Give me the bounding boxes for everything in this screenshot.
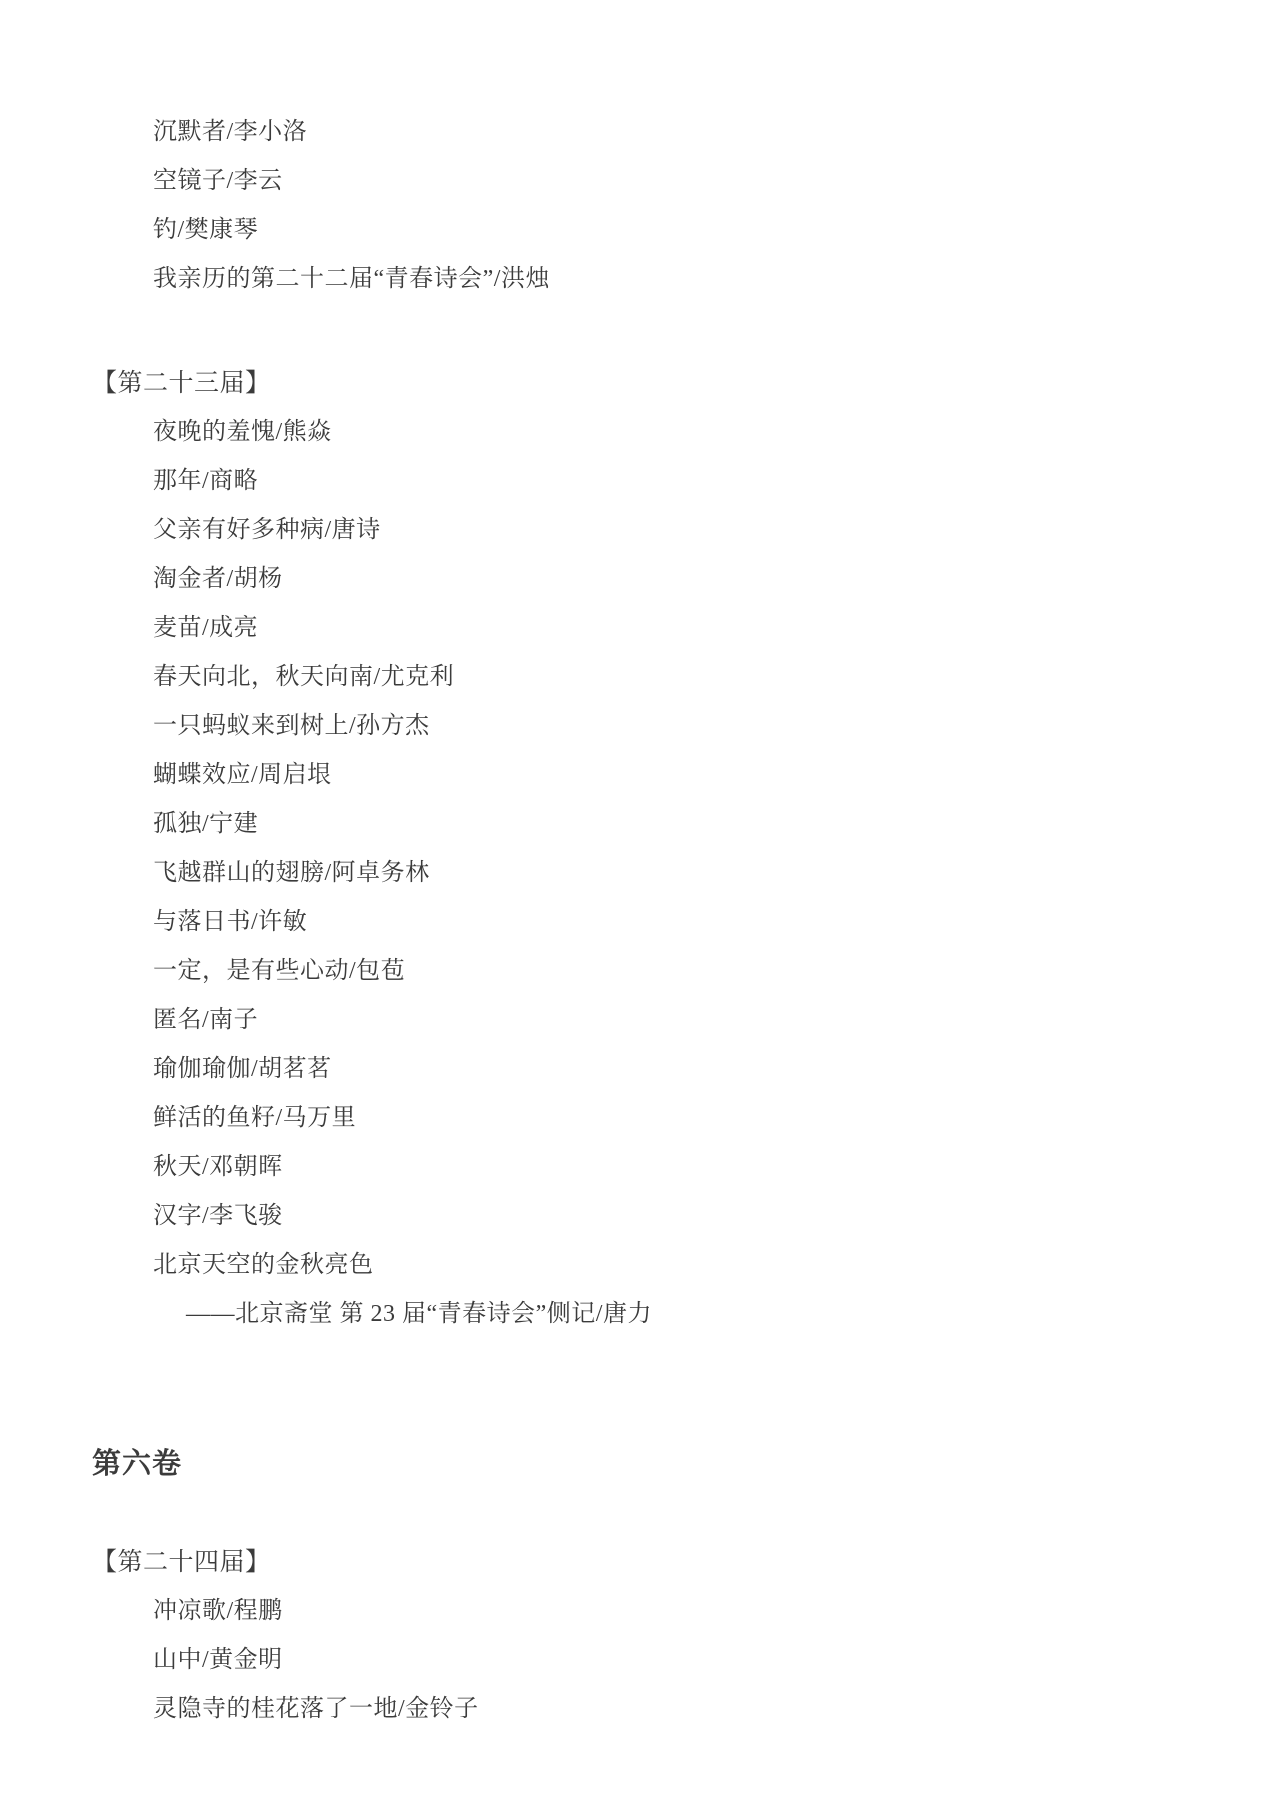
toc-entry: 北京天空的金秋亮色 — [92, 1241, 1190, 1290]
toc-entry: 蝴蝶效应/周启垠 — [92, 751, 1190, 800]
volume-heading: 第六卷 — [92, 1439, 1190, 1489]
toc-entry: 空镜子/李云 — [92, 157, 1190, 206]
toc-entry: 麦苗/成亮 — [92, 604, 1190, 653]
toc-entry: 淘金者/胡杨 — [92, 555, 1190, 604]
toc-entry: 我亲历的第二十二届“青春诗会”/洪烛 — [92, 255, 1190, 304]
toc-entry: 飞越群山的翅膀/阿卓务林 — [92, 849, 1190, 898]
toc-entry: 鲜活的鱼籽/马万里 — [92, 1094, 1190, 1143]
toc-entry-note: ——北京斋堂 第 23 届“青春诗会”侧记/唐力 — [92, 1290, 1190, 1339]
toc-entry: 夜晚的羞愧/熊焱 — [92, 408, 1190, 457]
toc-entry: 那年/商略 — [92, 457, 1190, 506]
toc-entry: 匿名/南子 — [92, 996, 1190, 1045]
section-header: 【第二十四届】 — [92, 1538, 1190, 1587]
toc-block-list: 沉默者/李小洛空镜子/李云钓/樊康琴我亲历的第二十二届“青春诗会”/洪烛【第二十… — [92, 108, 1190, 1734]
toc-entry: 沉默者/李小洛 — [92, 108, 1190, 157]
toc-entry: 灵隐寺的桂花落了一地/金铃子 — [92, 1685, 1190, 1734]
toc-entry: 山中/黄金明 — [92, 1636, 1190, 1685]
toc-entry: 汉字/李飞骏 — [92, 1192, 1190, 1241]
toc-entry: 孤独/宁建 — [92, 800, 1190, 849]
toc-entry: 一定，是有些心动/包苞 — [92, 947, 1190, 996]
toc-entry: 父亲有好多种病/唐诗 — [92, 506, 1190, 555]
section-header: 【第二十三届】 — [92, 359, 1190, 408]
toc-entry: 瑜伽瑜伽/胡茗茗 — [92, 1045, 1190, 1094]
toc-entry: 一只蚂蚁来到树上/孙方杰 — [92, 702, 1190, 751]
toc-entry: 秋天/邓朝晖 — [92, 1143, 1190, 1192]
toc-page: 沉默者/李小洛空镜子/李云钓/樊康琴我亲历的第二十二届“青春诗会”/洪烛【第二十… — [0, 0, 1280, 1809]
toc-entry: 与落日书/许敏 — [92, 898, 1190, 947]
toc-entry: 冲凉歌/程鹏 — [92, 1587, 1190, 1636]
toc-entry: 春天向北，秋天向南/尤克利 — [92, 653, 1190, 702]
toc-entry: 钓/樊康琴 — [92, 206, 1190, 255]
